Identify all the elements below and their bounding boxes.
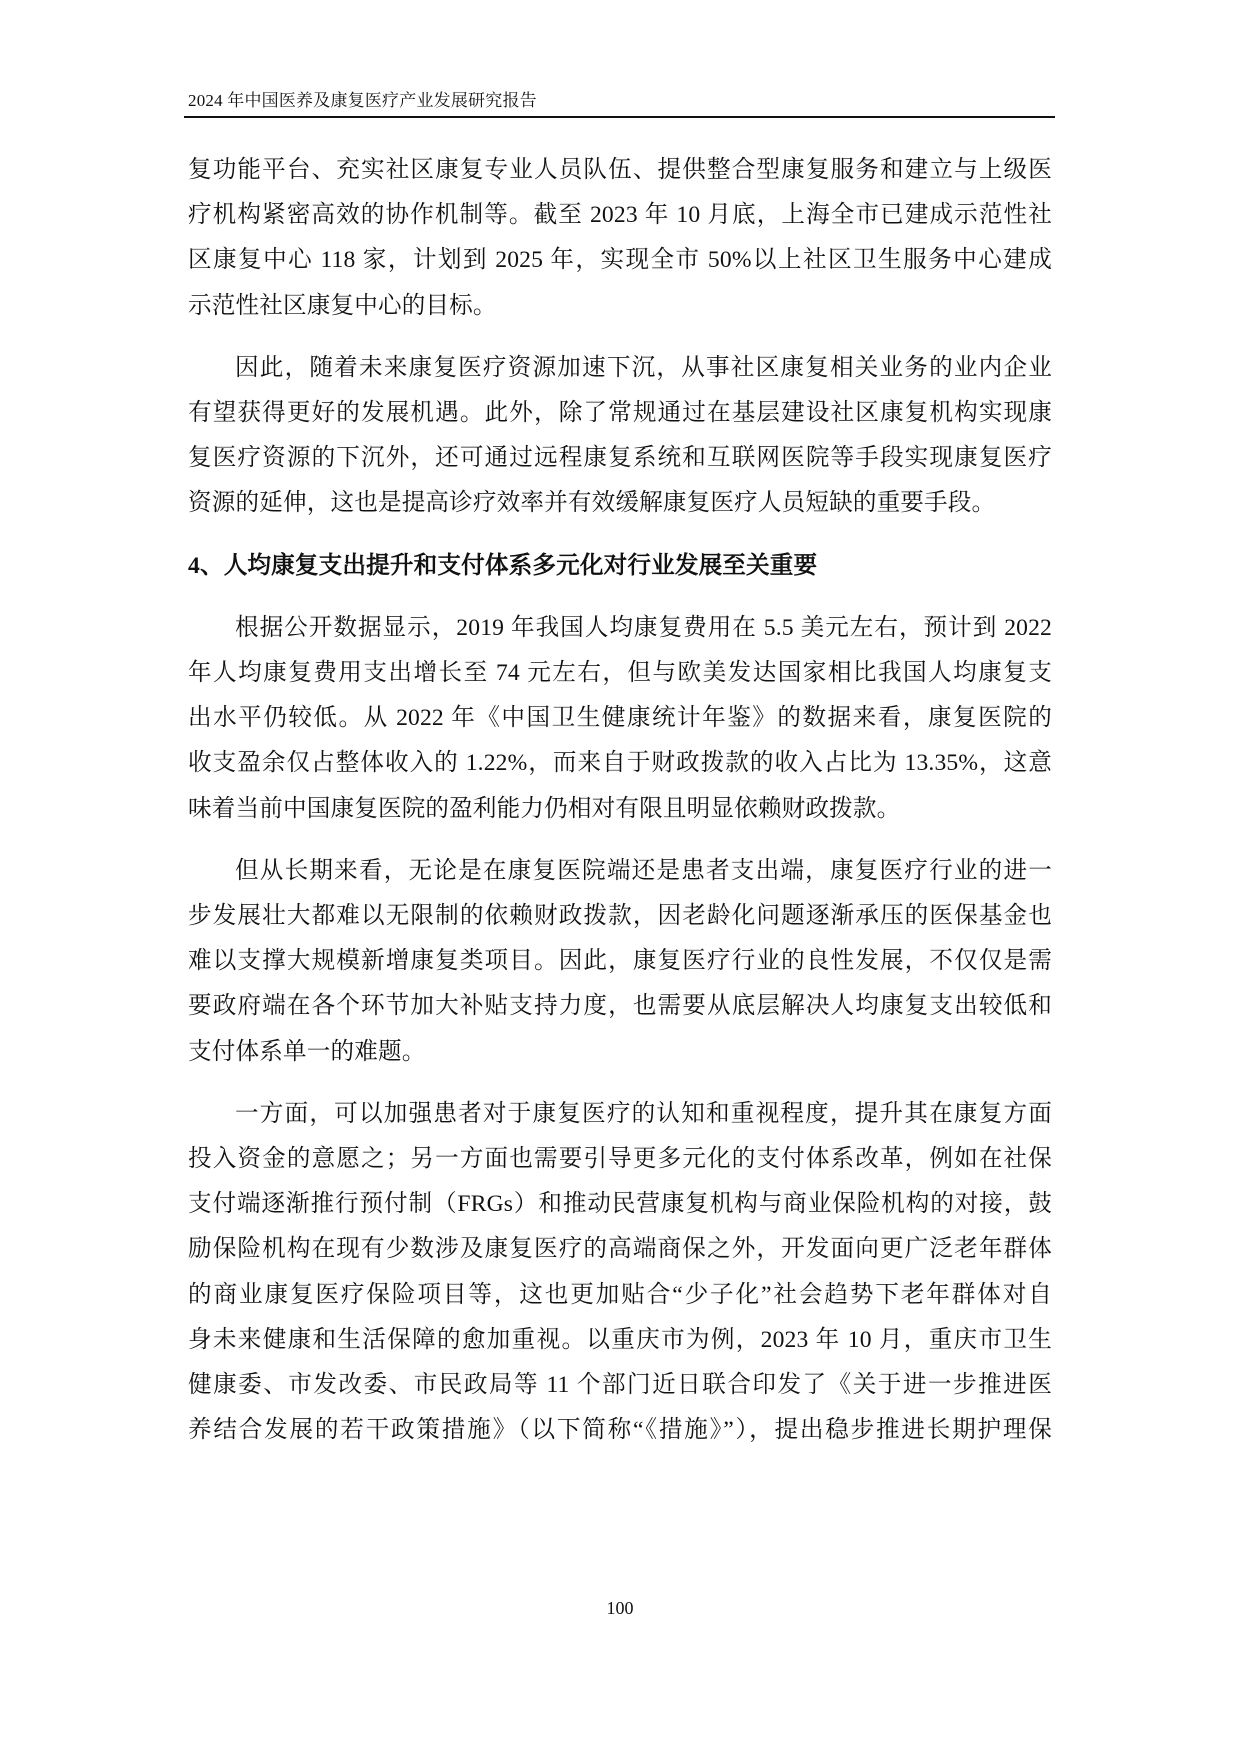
paragraph-community-rehab-centers: 复功能平台、充实社区康复专业人员队伍、提供整合型康复服务和建立与上级医 疗机构紧… bbox=[188, 148, 1052, 329]
text-line: 养结合发展的若干政策措施》（以下简称“《措施》”），提出稳步推进长期护理保 bbox=[188, 1408, 1052, 1453]
text-line: 疗机构紧密高效的协作机制等。截至 2023 年 10 月底，上海全市已建成示范性… bbox=[188, 193, 1052, 238]
text-line: 要政府端在各个环节加大补贴支持力度，也需要从底层解决人均康复支出较低和 bbox=[188, 984, 1052, 1029]
text-line: 有望获得更好的发展机遇。此外，除了常规通过在基层建设社区康复机构实现康 bbox=[188, 391, 1052, 436]
text-line: 根据公开数据显示，2019 年我国人均康复费用在 5.5 美元左右，预计到 20… bbox=[188, 606, 1052, 651]
text-line: 健康委、市发改委、市民政局等 11 个部门近日联合印发了《关于进一步推进医 bbox=[188, 1363, 1052, 1408]
paragraph-payment-reform: 一方面，可以加强患者对于康复医疗的认知和重视程度，提升其在康复方面 投入资金的意… bbox=[188, 1092, 1052, 1454]
paragraph-long-term-outlook: 但从长期来看，无论是在康复医院端还是患者支出端，康复医疗行业的进一 步发展壮大都… bbox=[188, 849, 1052, 1075]
text-line: 收支盈余仅占整体收入的 1.22%，而来自于财政拨款的收入占比为 13.35%，… bbox=[188, 741, 1052, 786]
paragraph-per-capita-spending: 根据公开数据显示，2019 年我国人均康复费用在 5.5 美元左右，预计到 20… bbox=[188, 606, 1052, 832]
text-line: 一方面，可以加强患者对于康复医疗的认知和重视程度，提升其在康复方面 bbox=[188, 1092, 1052, 1137]
text-line: 身未来健康和生活保障的愈加重视。以重庆市为例，2023 年 10 月，重庆市卫生 bbox=[188, 1318, 1052, 1363]
text-line: 步发展壮大都难以无限制的依赖财政拨款，因老龄化问题逐渐承压的医保基金也 bbox=[188, 894, 1052, 939]
text-line: 的商业康复医疗保险项目等，这也更加贴合“少子化”社会趋势下老年群体对自 bbox=[188, 1273, 1052, 1318]
text-line: 出水平仍较低。从 2022 年《中国卫生健康统计年鉴》的数据来看，康复医院的 bbox=[188, 696, 1052, 741]
text-line: 区康复中心 118 家，计划到 2025 年，实现全市 50%以上社区卫生服务中… bbox=[188, 238, 1052, 283]
text-line: 复医疗资源的下沉外，还可通过远程康复系统和互联网医院等手段实现康复医疗 bbox=[188, 436, 1052, 481]
text-line: 复功能平台、充实社区康复专业人员队伍、提供整合型康复服务和建立与上级医 bbox=[188, 148, 1052, 193]
text-line: 示范性社区康复中心的目标。 bbox=[188, 284, 1052, 329]
section-heading: 4、人均康复支出提升和支付体系多元化对行业发展至关重要 bbox=[188, 544, 1052, 589]
text-line: 难以支撑大规模新增康复类项目。因此，康复医疗行业的良性发展，不仅仅是需 bbox=[188, 939, 1052, 984]
text-line: 因此，随着未来康复医疗资源加速下沉，从事社区康复相关业务的业内企业 bbox=[188, 346, 1052, 391]
text-line: 励保险机构在现有少数涉及康复医疗的高端商保之外，开发面向更广泛老年群体 bbox=[188, 1227, 1052, 1272]
page-header: 2024 年中国医养及康复医疗产业发展研究报告 bbox=[184, 86, 1055, 118]
page-body: 复功能平台、充实社区康复专业人员队伍、提供整合型康复服务和建立与上级医 疗机构紧… bbox=[188, 148, 1052, 1453]
text-line: 年人均康复费用支出增长至 74 元左右，但与欧美发达国家相比我国人均康复支 bbox=[188, 651, 1052, 696]
paragraph-resource-sinking: 因此，随着未来康复医疗资源加速下沉，从事社区康复相关业务的业内企业 有望获得更好… bbox=[188, 346, 1052, 527]
text-line: 投入资金的意愿之；另一方面也需要引导更多元化的支付体系改革，例如在社保 bbox=[188, 1137, 1052, 1182]
report-title: 2024 年中国医养及康复医疗产业发展研究报告 bbox=[188, 86, 537, 111]
text-line: 支付体系单一的难题。 bbox=[188, 1030, 1052, 1075]
text-line: 但从长期来看，无论是在康复医院端还是患者支出端，康复医疗行业的进一 bbox=[188, 849, 1052, 894]
text-line: 资源的延伸，这也是提高诊疗效率并有效缓解康复医疗人员短缺的重要手段。 bbox=[188, 481, 1052, 526]
text-line: 支付端逐渐推行预付制（FRGs）和推动民营康复机构与商业保险机构的对接，鼓 bbox=[188, 1182, 1052, 1227]
text-line: 味着当前中国康复医院的盈利能力仍相对有限且明显依赖财政拨款。 bbox=[188, 787, 1052, 832]
page-number: 100 bbox=[0, 1598, 1240, 1619]
